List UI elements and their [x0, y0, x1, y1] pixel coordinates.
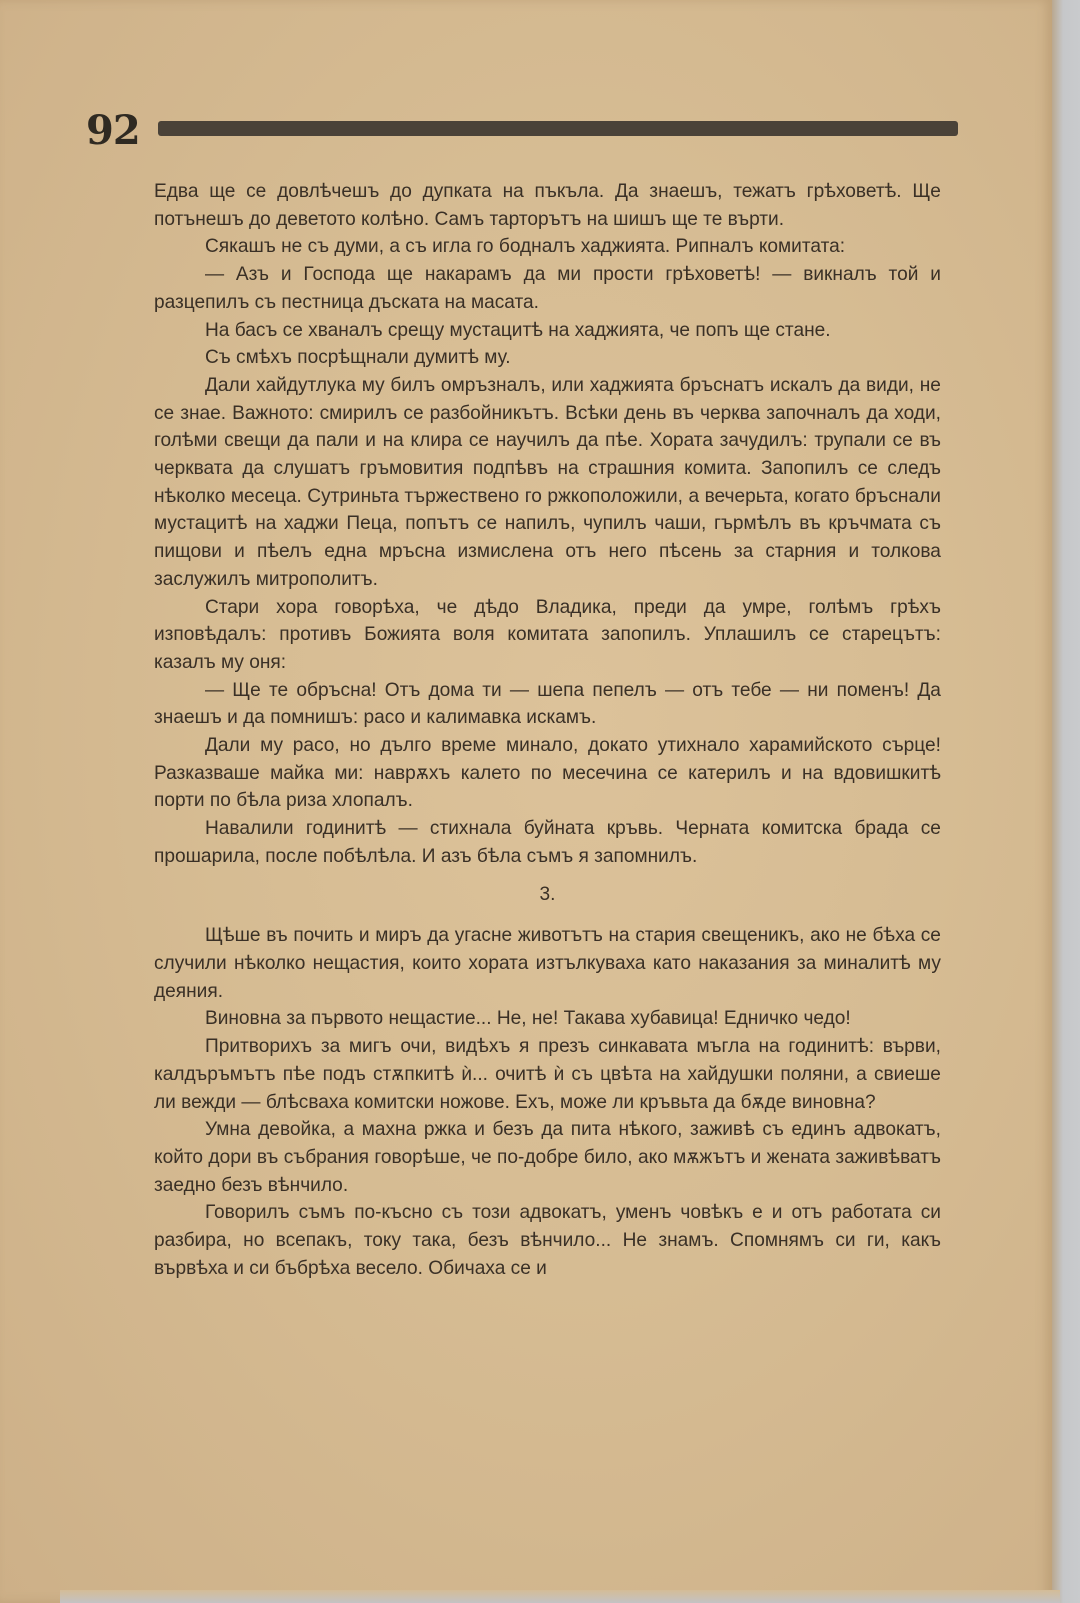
paragraph: Стари хора говорѣха, че дѣдо Владика, пр…: [154, 594, 941, 677]
paragraph: Съ смѣхъ посрѣщнали думитѣ му.: [154, 344, 941, 372]
body-text: Едва ще се довлѣчешъ до дупката на пъкъл…: [154, 178, 941, 1282]
paragraph: Виновна за първото нещастие... Не, не! Т…: [154, 1005, 941, 1033]
page-bottom-edge: [60, 1590, 1060, 1603]
paragraph: Едва ще се довлѣчешъ до дупката на пъкъл…: [154, 178, 941, 233]
page-header: 92: [86, 108, 958, 154]
page-number: 92: [86, 108, 140, 154]
paragraph: Сякашъ не съ думи, а съ игла го бодналъ …: [154, 233, 941, 261]
paragraph: Дали му расо, но дълго време минало, док…: [154, 732, 941, 815]
paragraph: — Азъ и Господа ще накарамъ да ми прости…: [154, 261, 941, 316]
paragraph: Навалили годинитѣ — стихнала буйната кръ…: [154, 815, 941, 870]
paragraph: На басъ се хваналъ срещу мустацитѣ на ха…: [154, 317, 941, 345]
paragraph: Говорилъ съмъ по-късно съ този адвокатъ,…: [154, 1199, 941, 1282]
paragraph: Умна девойка, а махна ржка и безъ да пит…: [154, 1116, 941, 1199]
header-rule: [158, 121, 958, 136]
page-edge: [1052, 0, 1080, 1603]
paragraph: Притворихъ за мигъ очи, видѣхъ я презъ с…: [154, 1033, 941, 1116]
paragraph: — Ще те обръсна! Отъ дома ти — шепа пепе…: [154, 677, 941, 732]
paragraph: Щѣше въ почить и миръ да угасне животътъ…: [154, 922, 941, 1005]
section-number: 3.: [154, 881, 941, 909]
book-page: 92 Едва ще се довлѣчешъ до дупката на пъ…: [0, 0, 1052, 1603]
paragraph: Дали хайдутлука му билъ омръзналъ, или х…: [154, 372, 941, 594]
